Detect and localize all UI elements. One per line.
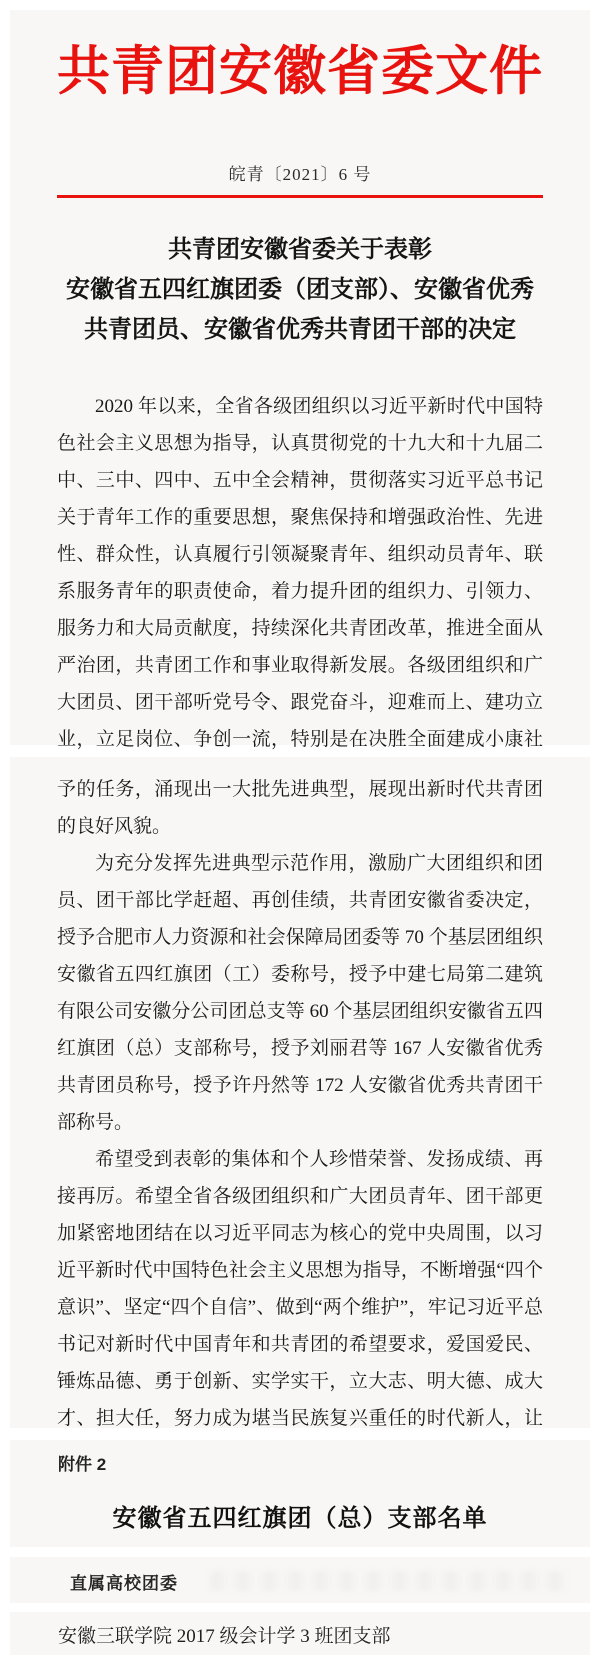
paragraph-2: 为充分发挥先进典型示范作用，激励广大团组织和团员、团干部比学赶超、再创佳绩，共青… [57,845,543,1141]
doc-number: 皖青〔2021〕6 号 [10,160,590,185]
page-1: 共青团安徽省委文件 皖青〔2021〕6 号 共青团安徽省委关于表彰 安徽省五四红… [10,10,590,745]
masthead-title: 共青团安徽省委文件 [10,42,590,102]
category-heading: 直属高校团委 [70,1569,178,1594]
list-entry: 安徽三联学院 2017 级会计学 3 班团支部 [58,1621,391,1648]
page-5: 安徽三联学院 2017 级会计学 3 班团支部 [10,1612,590,1655]
body-text-page-2: 予的任务，涌现出一大批先进典型，展现出新时代共青团的良好风貌。 为充分发挥先进典… [57,771,543,1511]
attachment-label: 附件 2 [58,1450,106,1475]
decision-title: 共青团安徽省委关于表彰 安徽省五四红旗团委（团支部）、安徽省优秀 共青团员、安徽… [40,230,560,350]
red-rule-divider [57,195,543,198]
scan-artifact [210,1571,570,1591]
decision-title-line-1: 共青团安徽省委关于表彰 [40,230,560,270]
page-2: 予的任务，涌现出一大批先进典型，展现出新时代共青团的良好风貌。 为充分发挥先进典… [10,757,590,1428]
decision-title-line-3: 共青团员、安徽省优秀共青团干部的决定 [40,310,560,350]
decision-title-line-2: 安徽省五四红旗团委（团支部）、安徽省优秀 [40,270,560,310]
page-3: 附件 2 安徽省五四红旗团（总）支部名单 [10,1440,590,1547]
document-scan: 共青团安徽省委文件 皖青〔2021〕6 号 共青团安徽省委关于表彰 安徽省五四红… [0,0,600,1655]
attachment-heading: 安徽省五四红旗团（总）支部名单 [10,1498,590,1533]
page-4: 直属高校团委 [10,1557,590,1603]
paragraph-1-part-2: 予的任务，涌现出一大批先进典型，展现出新时代共青团的良好风貌。 [57,771,543,845]
